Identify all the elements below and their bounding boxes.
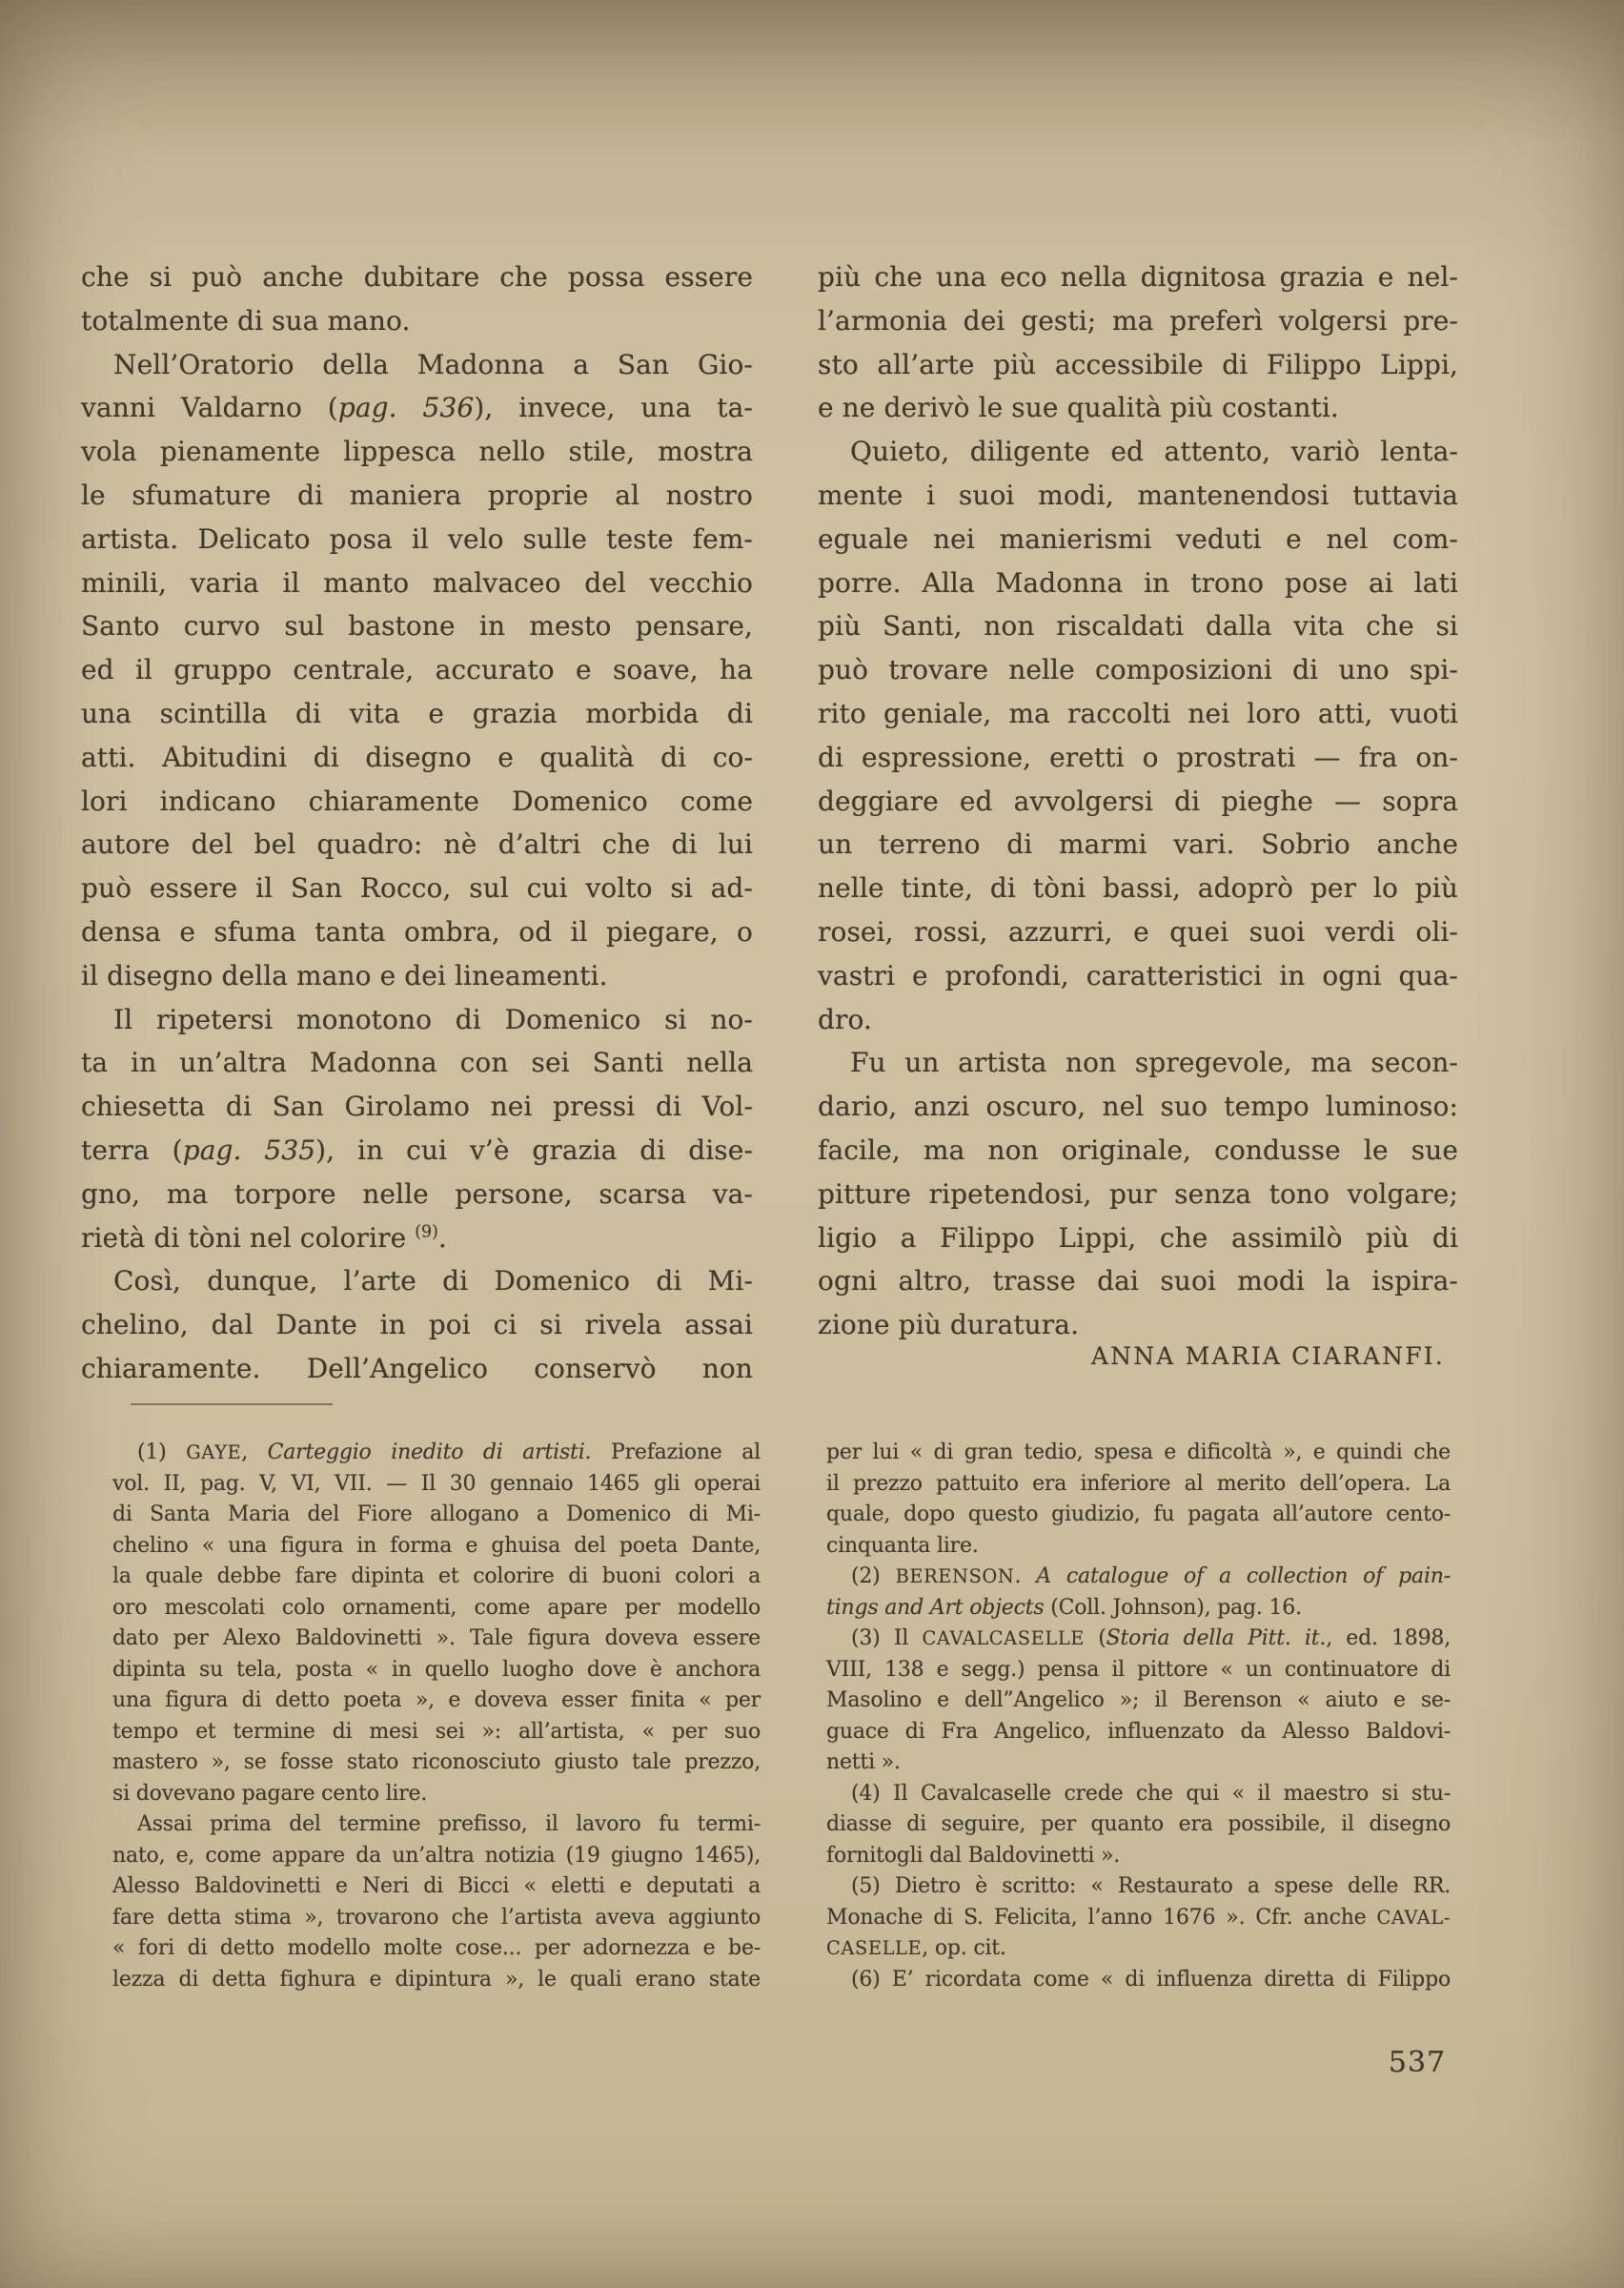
- text-line: vastri e profondi, caratteristici in ogn…: [818, 954, 1458, 998]
- text-line: (6) E’ ricordata come « di influenza dir…: [826, 1965, 1451, 1996]
- text-line: (5) Dietro è scritto: « Restaurato a spe…: [826, 1871, 1451, 1903]
- text-line: un terreno di marmi vari. Sobrio anche: [818, 823, 1458, 867]
- text-line: dipinta su tela, posta « in quello luogh…: [112, 1655, 761, 1686]
- text-line: di espressione, eretti o prostrati — fra…: [818, 736, 1458, 780]
- text-line: più Santi, non riscaldati dalla vita che…: [818, 604, 1458, 648]
- text-line: Santo curvo sul bastone in mesto pensare…: [81, 604, 753, 648]
- text-line: pitture ripetendosi, pur senza tono volg…: [818, 1173, 1458, 1216]
- text-line: nelle tinte, di tòni bassi, adoprò per l…: [818, 867, 1458, 910]
- text-line: mente i suoi modi, mantenendosi tuttavia: [818, 474, 1458, 518]
- text-line: cinquanta lire.: [826, 1531, 1451, 1563]
- main-column-left: che si può anche dubitare che possa esse…: [81, 255, 753, 1391]
- text-line: CASELLE, op. cit.: [826, 1933, 1451, 1965]
- text-line: Alesso Baldovinetti e Neri di Bicci « el…: [112, 1871, 761, 1903]
- text-line: ed il gruppo centrale, accurato e soave,…: [81, 648, 753, 692]
- text-line: lezza di detta fighura e dipintura », le…: [112, 1965, 761, 1996]
- text-line: ta in un’altra Madonna con sei Santi nel…: [81, 1041, 753, 1085]
- text-line: il disegno della mano e dei lineamenti.: [81, 954, 753, 998]
- text-line: (4) Il Cavalcaselle crede che qui « il m…: [826, 1779, 1451, 1810]
- author-signature: ANNA MARIA CIARANFI.: [818, 1342, 1458, 1370]
- text-line: tempo et termine di mesi sei »: all’arti…: [112, 1717, 761, 1748]
- text-line: Monache di S. Felicita, l’anno 1676 ». C…: [826, 1903, 1451, 1934]
- text-line: mastero », se fosse stato riconosciuto g…: [112, 1747, 761, 1779]
- scanned-page: che si può anche dubitare che possa esse…: [0, 0, 1624, 2288]
- text-line: facile, ma non originale, condusse le su…: [818, 1129, 1458, 1173]
- text-line: vola pienamente lippesca nello stile, mo…: [81, 430, 753, 474]
- text-line: zione più duratura.: [818, 1303, 1458, 1347]
- footnote-column-right: per lui « di gran tedio, spesa e dificol…: [826, 1438, 1451, 1995]
- text-line: guace di Fra Angelico, influenzato da Al…: [826, 1717, 1451, 1748]
- text-line: fornitogli dal Baldovinetti ».: [826, 1841, 1451, 1872]
- text-line: Nell’Oratorio della Madonna a San Gio-: [81, 343, 753, 387]
- text-line: il prezzo pattuito era inferiore al meri…: [826, 1469, 1451, 1501]
- text-line: dato per Alexo Baldovinetti ». Tale figu…: [112, 1624, 761, 1655]
- text-line: la quale debbe fare dipinta et colorire …: [112, 1562, 761, 1593]
- text-line: più che una eco nella dignitosa grazia e…: [818, 255, 1458, 299]
- footnote-separator-rule: [131, 1403, 333, 1405]
- text-line: e ne derivò le sue qualità più costanti.: [818, 386, 1458, 430]
- text-line: totalmente di sua mano.: [81, 299, 753, 343]
- text-line: ligio a Filippo Lippi, che assimilò più …: [818, 1216, 1458, 1260]
- text-line: « fori di detto modello molte cose... pe…: [112, 1933, 761, 1965]
- text-line: lori indicano chiaramente Domenico come: [81, 780, 753, 824]
- text-line: una figura di detto poeta », e doveva es…: [112, 1685, 761, 1717]
- text-line: terra (pag. 535), in cui v’è grazia di d…: [81, 1129, 753, 1173]
- main-column-right: più che una eco nella dignitosa grazia e…: [818, 255, 1458, 1347]
- text-line: rosei, rossi, azzurri, e quei suoi verdi…: [818, 910, 1458, 954]
- text-line: porre. Alla Madonna in trono pose ai lat…: [818, 562, 1458, 605]
- text-line: atti. Abitudini di disegno e qualità di …: [81, 736, 753, 780]
- text-line: ogni altro, trasse dai suoi modi la ispi…: [818, 1259, 1458, 1303]
- text-line: chelino « una figura in forma e ghuisa d…: [112, 1531, 761, 1563]
- text-line: deggiare ed avvolgersi di pieghe — sopra: [818, 780, 1458, 824]
- text-line: minili, varia il manto malvaceo del vecc…: [81, 562, 753, 605]
- text-line: vanni Valdarno (pag. 536), invece, una t…: [81, 386, 753, 430]
- text-line: dro.: [818, 998, 1458, 1042]
- text-line: chiesetta di San Girolamo nei pressi di …: [81, 1085, 753, 1129]
- text-line: si dovevano pagare cento lire.: [112, 1779, 761, 1810]
- text-line: Fu un artista non spregevole, ma secon-: [818, 1041, 1458, 1085]
- text-line: chiaramente. Dell’Angelico conservò non: [81, 1347, 753, 1391]
- text-line: Il ripetersi monotono di Domenico si no-: [81, 998, 753, 1042]
- text-line: fare detta stima », trovarono che l’arti…: [112, 1903, 761, 1934]
- text-line: vol. II, pag. V, VI, VII. — Il 30 gennai…: [112, 1469, 761, 1501]
- text-line: sto all’arte più accessibile di Filippo …: [818, 343, 1458, 387]
- text-line: le sfumature di maniera proprie al nostr…: [81, 474, 753, 518]
- text-line: quale, dopo questo giudizio, fu pagata a…: [826, 1500, 1451, 1531]
- text-line: diasse di seguire, per quanto era possib…: [826, 1809, 1451, 1841]
- text-line: può essere il San Rocco, sul cui volto s…: [81, 867, 753, 910]
- text-line: (3) Il CAVALCASELLE (Storia della Pitt. …: [826, 1624, 1451, 1655]
- text-line: rito geniale, ma raccolti nei loro atti,…: [818, 692, 1458, 736]
- text-line: artista. Delicato posa il velo sulle tes…: [81, 518, 753, 562]
- page-number: 537: [1384, 2046, 1451, 2079]
- text-line: può trovare nelle composizioni di uno sp…: [818, 648, 1458, 692]
- text-line: oro mescolati colo ornamenti, come apare…: [112, 1593, 761, 1624]
- text-line: una scintilla di vita e grazia morbida d…: [81, 692, 753, 736]
- text-line: Masolino e dell”Angelico »; il Berenson …: [826, 1685, 1451, 1717]
- text-line: che si può anche dubitare che possa esse…: [81, 255, 753, 299]
- text-line: Assai prima del termine prefisso, il lav…: [112, 1809, 761, 1841]
- text-line: rietà di tòni nel colorire (9).: [81, 1216, 753, 1260]
- text-line: Così, dunque, l’arte di Domenico di Mi-: [81, 1259, 753, 1303]
- text-line: (1) GAYE, Carteggio inedito di artisti. …: [112, 1438, 761, 1469]
- text-line: tings and Art objects (Coll. Johnson), p…: [826, 1593, 1451, 1624]
- text-line: di Santa Maria del Fiore allogano a Dome…: [112, 1500, 761, 1531]
- text-line: netti ».: [826, 1747, 1451, 1779]
- text-line: eguale nei manierismi veduti e nel com-: [818, 518, 1458, 562]
- text-line: VIII, 138 e segg.) pensa il pittore « un…: [826, 1655, 1451, 1686]
- text-line: (2) BERENSON. A catalogue of a collectio…: [826, 1562, 1451, 1593]
- text-line: Quieto, diligente ed attento, variò lent…: [818, 430, 1458, 474]
- text-line: chelino, dal Dante in poi ci si rivela a…: [81, 1303, 753, 1347]
- text-line: dario, anzi oscuro, nel suo tempo lumino…: [818, 1085, 1458, 1129]
- footnote-column-left: (1) GAYE, Carteggio inedito di artisti. …: [112, 1438, 761, 1995]
- text-line: gno, ma torpore nelle persone, scarsa va…: [81, 1173, 753, 1216]
- text-line: autore del bel quadro: nè d’altri che di…: [81, 823, 753, 867]
- text-line: per lui « di gran tedio, spesa e dificol…: [826, 1438, 1451, 1469]
- text-line: densa e sfuma tanta ombra, od il piegare…: [81, 910, 753, 954]
- text-line: l’armonia dei gesti; ma preferì volgersi…: [818, 299, 1458, 343]
- text-line: nato, e, come appare da un’altra notizia…: [112, 1841, 761, 1872]
